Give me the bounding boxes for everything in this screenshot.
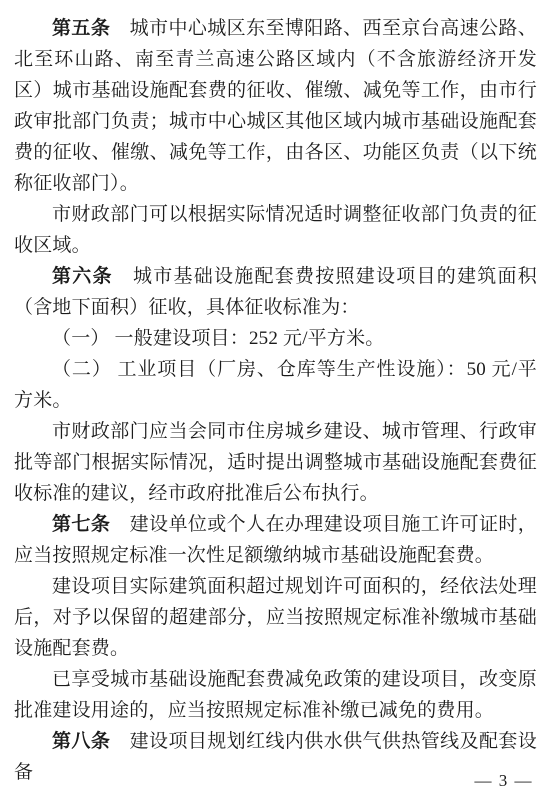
article-number: 第五条 bbox=[52, 18, 110, 39]
paragraph-text: （二） 工业项目（厂房、仓库等生产性设施）：50 元/平方米。 bbox=[14, 359, 537, 411]
list-item-1: （一） 一般建设项目：252 元/平方米。 bbox=[14, 323, 537, 354]
paragraph-text: （一） 一般建设项目：252 元/平方米。 bbox=[52, 328, 384, 349]
paragraph-text: 建设项目实际建筑面积超过规划许可面积的，经依法处理后，对予以保留的超建部分，应当… bbox=[14, 576, 537, 659]
document-body: 第五条 城市中心城区东至博阳路、西至京台高速公路、北至环山路、南至青兰高速公路区… bbox=[0, 0, 551, 788]
paragraph-text: 市财政部门应当会同市住房城乡建设、城市管理、行政审批等部门根据实际情况，适时提出… bbox=[14, 421, 537, 504]
article-number: 第六条 bbox=[52, 266, 113, 287]
paragraph: 市财政部门可以根据实际情况适时调整征收部门负责的征收区域。 bbox=[14, 199, 537, 261]
page-number: — 3 — bbox=[475, 771, 534, 791]
document-page: 第五条 城市中心城区东至博阳路、西至京台高速公路、北至环山路、南至青兰高速公路区… bbox=[0, 0, 551, 800]
article-number: 第七条 bbox=[52, 514, 110, 535]
paragraph-article-8: 第八条 建设项目规划红线内供水供气供热管线及配套设备 bbox=[14, 726, 537, 788]
list-item-2: （二） 工业项目（厂房、仓库等生产性设施）：50 元/平方米。 bbox=[14, 354, 537, 416]
paragraph: 已享受城市基础设施配套费减免政策的建设项目，改变原批准建设用途的，应当按照规定标… bbox=[14, 664, 537, 726]
paragraph-text: 已享受城市基础设施配套费减免政策的建设项目，改变原批准建设用途的，应当按照规定标… bbox=[14, 669, 537, 721]
paragraph-article-6: 第六条 城市基础设施配套费按照建设项目的建筑面积（含地下面积）征收，具体征收标准… bbox=[14, 261, 537, 323]
paragraph-article-7: 第七条 建设单位或个人在办理建设项目施工许可证时，应当按照规定标准一次性足额缴纳… bbox=[14, 509, 537, 571]
paragraph-text: 市财政部门可以根据实际情况适时调整征收部门负责的征收区域。 bbox=[14, 204, 537, 256]
paragraph-text: 城市中心城区东至博阳路、西至京台高速公路、北至环山路、南至青兰高速公路区域内（不… bbox=[14, 18, 537, 194]
paragraph-article-5: 第五条 城市中心城区东至博阳路、西至京台高速公路、北至环山路、南至青兰高速公路区… bbox=[14, 13, 537, 199]
paragraph: 市财政部门应当会同市住房城乡建设、城市管理、行政审批等部门根据实际情况，适时提出… bbox=[14, 416, 537, 509]
article-number: 第八条 bbox=[52, 731, 110, 752]
paragraph: 建设项目实际建筑面积超过规划许可面积的，经依法处理后，对予以保留的超建部分，应当… bbox=[14, 571, 537, 664]
